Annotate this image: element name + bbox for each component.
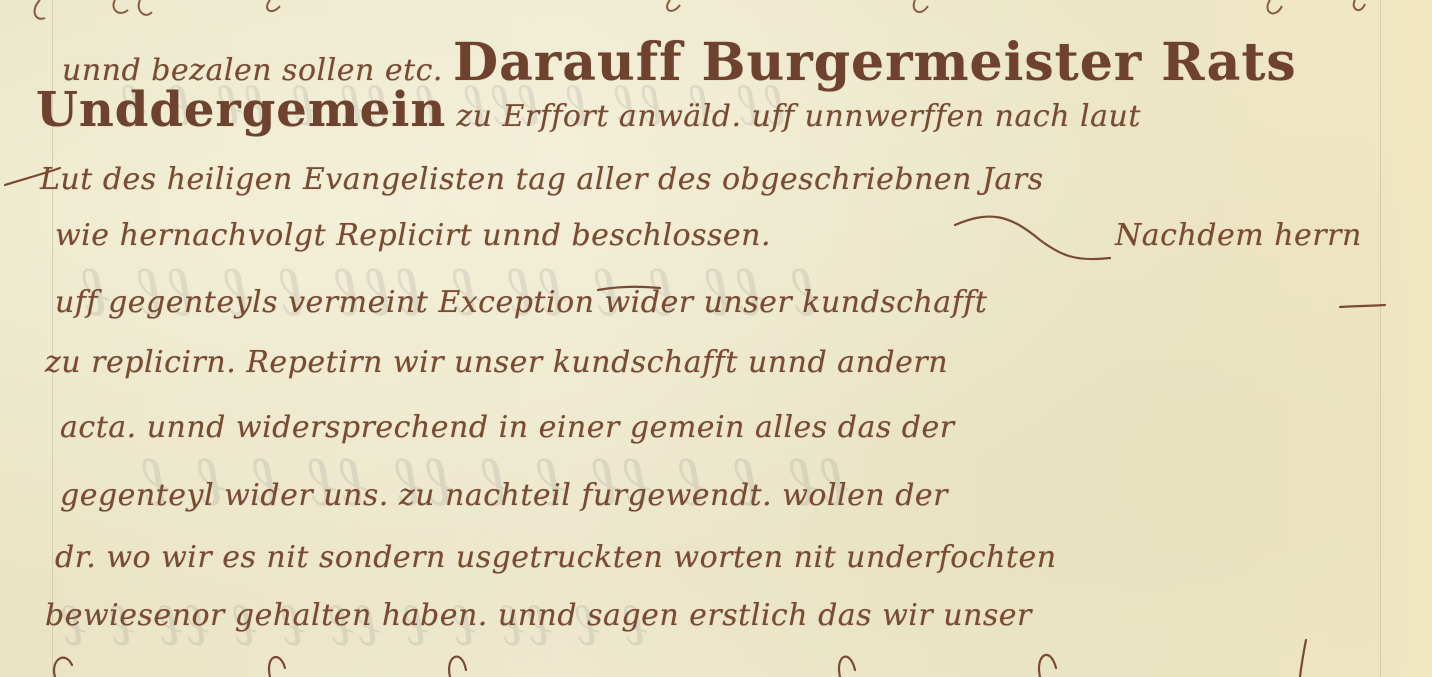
line-filler-flourish xyxy=(0,0,1432,677)
